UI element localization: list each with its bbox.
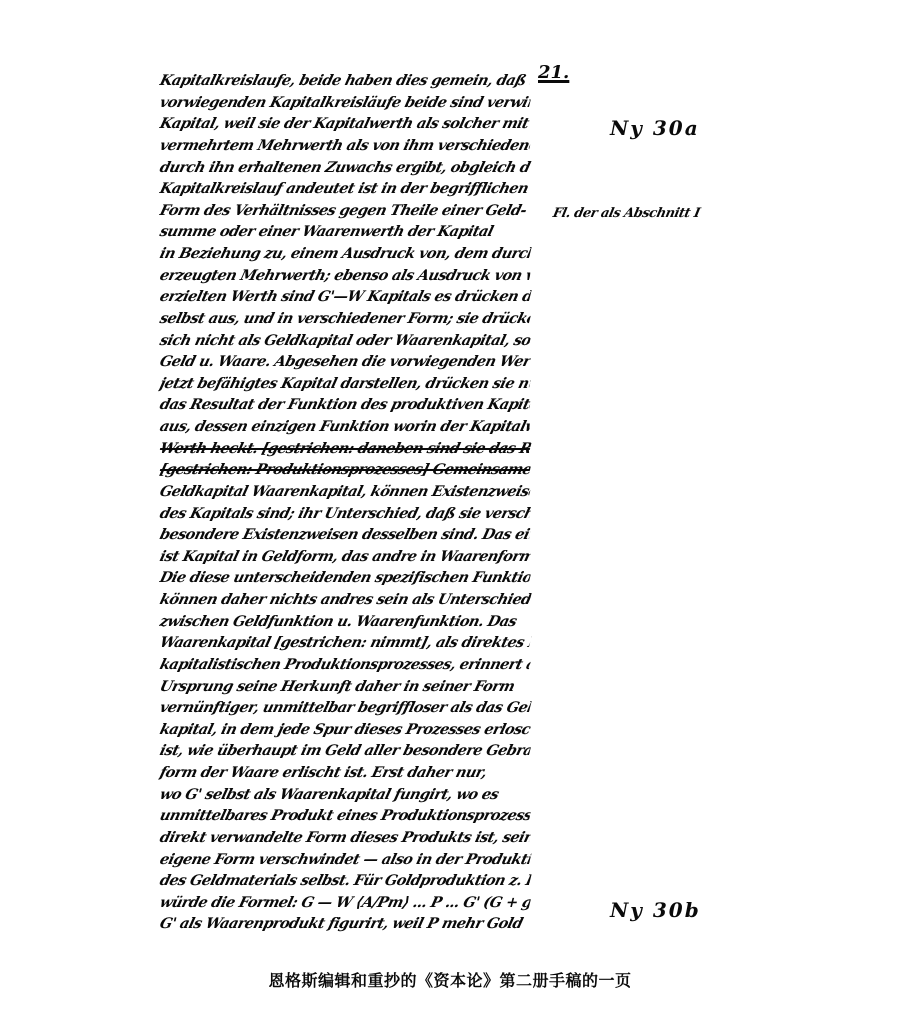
- manuscript-line: eigene Form verschwindet — also in der P…: [157, 849, 532, 871]
- margin-note-middle: Fl. der als Abschnitt I: [551, 206, 701, 221]
- manuscript-line: Werth heckt. [gestrichen: daneben sind s…: [157, 438, 532, 460]
- manuscript-line: [gestrichen: Produktionsprozesses] Gemei…: [157, 459, 532, 481]
- manuscript-line: des Geldmaterials selbst. Für Goldproduk…: [157, 870, 532, 892]
- manuscript-line: vermehrtem Mehrwerth als von ihm verschi…: [157, 135, 532, 157]
- manuscript-line: Die diese unterscheidenden spezifischen …: [157, 567, 532, 589]
- manuscript-line: können daher nichts andres sein als Unte…: [157, 589, 532, 611]
- manuscript-line: sich nicht als Geldkapital oder Waarenka…: [157, 330, 532, 352]
- manuscript-line: das Resultat der Funktion des produktive…: [157, 394, 532, 416]
- manuscript-line: kapitalistischen Produktionsprozesses, e…: [157, 654, 532, 676]
- manuscript-line: Waarenkapital [gestrichen: nimmt], als d…: [157, 632, 532, 654]
- manuscript-line: wo G' selbst als Waarenkapital fungirt, …: [157, 784, 532, 806]
- manuscript-line: unmittelbares Produkt eines Produktionsp…: [157, 805, 532, 827]
- manuscript-line: erzeugten Mehrwerth; ebenso als Ausdruck…: [157, 265, 532, 287]
- manuscript-line: besondere Existenzweisen desselben sind.…: [157, 524, 532, 546]
- manuscript-page: 21. Kapitalkreislaufe, beide haben dies …: [0, 0, 900, 1027]
- figure-caption: 恩格斯编辑和重抄的《资本论》第二册手稿的一页: [0, 968, 900, 991]
- manuscript-line: Kapitalkreislaufe, beide haben dies geme…: [157, 70, 532, 92]
- manuscript-line: Kapitalkreislauf andeutet ist in der beg…: [157, 178, 532, 200]
- manuscript-line: ist, wie überhaupt im Geld aller besonde…: [157, 740, 532, 762]
- handwritten-manuscript-text: Kapitalkreislaufe, beide haben dies geme…: [160, 70, 530, 935]
- manuscript-line: kapital, in dem jede Spur dieses Prozess…: [157, 719, 532, 741]
- manuscript-line: vorwiegenden Kapitalkreisläufe beide sin…: [157, 92, 532, 114]
- manuscript-line: form der Waare erlischt ist. Erst daher …: [157, 762, 532, 784]
- manuscript-line: selbst aus, und in verschiedener Form; s…: [157, 308, 532, 330]
- manuscript-line: Kapital, weil sie der Kapitalwerth als s…: [157, 113, 532, 135]
- manuscript-line: vernünftiger, unmittelbar begriffloser a…: [157, 697, 532, 719]
- page-number: 21.: [538, 62, 569, 83]
- manuscript-line: direkt verwandelte Form dieses Produkts …: [157, 827, 532, 849]
- manuscript-line: Geldkapital Waarenkapital, können Existe…: [157, 481, 532, 503]
- manuscript-line: Ursprung seine Herkunft daher in seiner …: [157, 676, 532, 698]
- manuscript-line: jetzt befähigtes Kapital darstellen, drü…: [157, 373, 532, 395]
- manuscript-line: würde die Formel: G — W ⟨A/Pm⟩ ... P ...…: [157, 892, 532, 914]
- manuscript-line: des Kapitals sind; ihr Unterschied, daß …: [157, 503, 532, 525]
- manuscript-line: zwischen Geldfunktion u. Waarenfunktion.…: [157, 611, 532, 633]
- manuscript-line: in Beziehung zu, einem Ausdruck von, dem…: [157, 243, 532, 265]
- manuscript-line: Geld u. Waare. Abgesehen die vorwiegende…: [157, 351, 532, 373]
- margin-note-bottom: Ny 30b: [610, 898, 701, 922]
- manuscript-line: ist Kapital in Geldform, das andre in Wa…: [157, 546, 532, 568]
- manuscript-line: G' als Waarenprodukt figurirt, weil P me…: [157, 913, 532, 935]
- margin-note-top: Ny 30a: [610, 116, 700, 140]
- manuscript-line: summe oder einer Waarenwerth der Kapital: [157, 221, 532, 243]
- manuscript-line: durch ihn erhaltenen Zuwachs ergibt, obg…: [157, 157, 532, 179]
- manuscript-line: erzielten Werth sind G'—W Kapitals es dr…: [157, 286, 532, 308]
- manuscript-line: aus, dessen einzigen Funktion worin der …: [157, 416, 532, 438]
- manuscript-line: Form des Verhältnisses gegen Theile eine…: [157, 200, 532, 222]
